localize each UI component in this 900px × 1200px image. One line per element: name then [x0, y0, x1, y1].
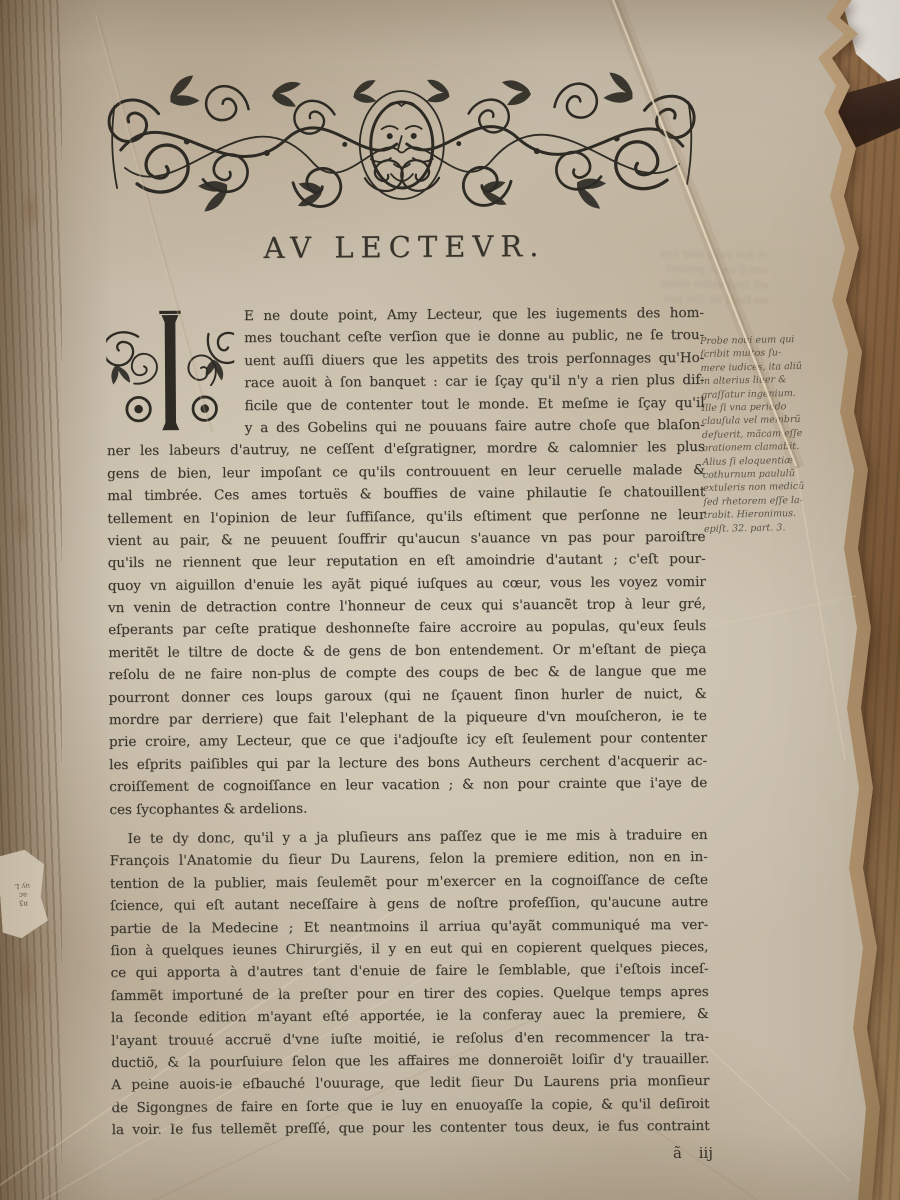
- text-line: nʒ: [1, 898, 47, 908]
- text-line: ac: [0, 889, 46, 899]
- text-line: ces ſycophantes & ardelions.: [109, 795, 707, 822]
- text-block: AV LECTEVR.: [104, 68, 709, 1142]
- text-line: uy L: [0, 880, 45, 890]
- page-title: AV LECTEVR.: [105, 228, 703, 266]
- headpiece-ornament: [106, 72, 697, 218]
- book-page: uy Lacnʒ rt des mau uoir cesent il ne ſe…: [0, 0, 900, 1200]
- margin-note-latin: Probe noui eum quiſcribit multos ſu-mere…: [700, 333, 800, 536]
- text-line: trabit. Hieronimus.: [704, 507, 800, 522]
- paragraph-2: Ie te dy donc, qu'il y a ja pluſieurs an…: [110, 824, 710, 1142]
- drop-cap-initial-I: [106, 307, 235, 438]
- text-line: croiſſement de cognoiſſance en leur vaca…: [109, 772, 707, 799]
- text-line: epiſt. 32. part. 3.: [704, 521, 800, 536]
- signature-mark: ã iij: [618, 1144, 768, 1162]
- spine-gutter-shadow: [0, 0, 62, 1200]
- paragraph-1: E ne doute point, Amy Lecteur, que les i…: [106, 302, 708, 821]
- text-line: la voir. Ie fus tellemẽt preſſé, que pou…: [112, 1115, 710, 1142]
- text-line: Probe noui eum qui: [700, 333, 796, 348]
- page-sheet: uy Lacnʒ rt des mau uoir cesent il ne ſe…: [0, 0, 900, 1200]
